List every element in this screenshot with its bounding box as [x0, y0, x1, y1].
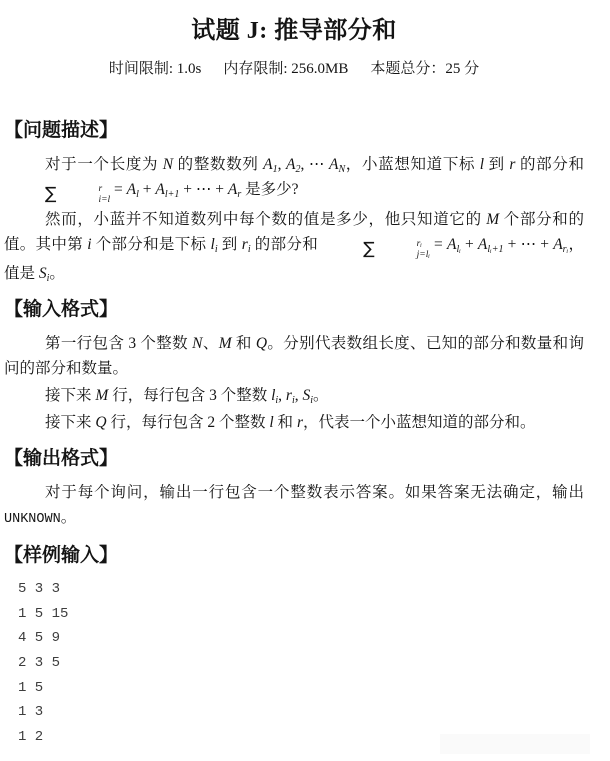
text-segment: 和	[232, 335, 256, 352]
text-segment: 是多少?	[241, 181, 298, 198]
summation-formula: ∑rᵢj=lᵢ	[322, 239, 430, 261]
text-segment: 个部分和是下标	[92, 236, 211, 253]
text-segment: 的部分和	[251, 236, 323, 253]
text-segment: + ⋯ +	[504, 236, 554, 253]
text-segment: M	[95, 387, 108, 404]
text-segment: + ⋯ +	[179, 181, 227, 198]
text-segment: 。	[49, 265, 65, 282]
text-segment: A	[155, 181, 164, 198]
text-segment: A	[127, 181, 136, 198]
text-segment: 的部分和	[515, 156, 584, 173]
text-segment: UNKNOWN	[4, 512, 61, 527]
sample-input-block: 5 3 3 1 5 15 4 5 9 2 3 5 1 5 1 3 1 2	[18, 577, 584, 750]
input-paragraph-2: 接下来 M 行，每行包含 3 个整数 li, ri, Si。	[4, 383, 584, 408]
text-segment: N	[192, 335, 202, 352]
text-segment: ，代表一个小蓝想知道的部分和。	[303, 414, 536, 431]
text-segment: 、	[203, 335, 219, 352]
problem-statement-page: 试题 J: 推导部分和 时间限制: 1.0s 内存限制: 256.0MB 本题总…	[0, 16, 610, 750]
text-segment: Q	[95, 414, 106, 431]
text-segment: lᵢ+1	[487, 244, 503, 255]
text-segment: 行，每行包含 2 个整数	[107, 414, 270, 431]
memory-limit-text: 内存限制: 256.0MB	[223, 59, 348, 79]
text-segment: ，小蓝想知道下标	[345, 156, 480, 173]
output-paragraph-1: 对于每个询问，输出一行包含一个整数表示答案。如果答案无法确定，输出 UNKNOW…	[4, 480, 584, 532]
text-segment: =	[110, 181, 127, 198]
text-segment: A	[478, 236, 487, 253]
text-segment: 。	[61, 509, 77, 526]
text-segment: 和	[274, 414, 297, 431]
text-segment: , ⋯	[300, 156, 328, 173]
sigma-symbol: ∑	[4, 186, 56, 203]
text-segment: 对于每个询问，输出一行包含一个整数表示答案。如果答案无法确定，输出	[45, 484, 584, 501]
text-segment: +	[461, 236, 478, 253]
text-segment: l+1	[165, 189, 180, 200]
problem-paragraph-2: 然而，小蓝并不知道数列中每个数的值是多少，他只知道它的 M 个部分和的值。其中第…	[4, 207, 584, 285]
input-paragraph-1: 第一行包含 3 个整数 N、M 和 Q。分别代表数组长度、已知的部分和数量和询问…	[4, 331, 584, 381]
meta-line: 时间限制: 1.0s 内存限制: 256.0MB 本题总分：25 分	[4, 59, 584, 79]
text-segment: 接下来	[45, 414, 95, 431]
text-segment: 第一行包含 3 个整数	[45, 335, 192, 352]
text-segment: S	[39, 265, 47, 282]
text-segment: ,	[278, 156, 286, 173]
problem-paragraph-1: 对于一个长度为 N 的整数数列 A1, A2, ⋯ AN，小蓝想知道下标 l 到…	[4, 152, 584, 205]
text-segment: A	[553, 236, 562, 253]
section-heading-output-format: 【输出格式】	[4, 447, 584, 471]
text-segment: Q	[256, 335, 267, 352]
text-segment: 接下来	[45, 387, 95, 404]
text-segment: 然而，小蓝并不知道数列中每个数的值是多少，他只知道它的	[45, 211, 486, 228]
text-segment: A	[228, 181, 237, 198]
text-segment: 行，每行包含 3 个整数	[108, 387, 271, 404]
text-segment: ,	[278, 387, 286, 404]
input-paragraph-3: 接下来 Q 行，每行包含 2 个整数 l 和 r，代表一个小蓝想知道的部分和。	[4, 410, 584, 435]
text-segment: 对于一个长度为	[45, 156, 163, 173]
time-limit-text: 时间限制: 1.0s	[109, 59, 202, 79]
section-heading-sample-input: 【样例输入】	[4, 544, 584, 568]
section-heading-problem-description: 【问题描述】	[4, 119, 584, 143]
bottom-right-overlay-artifact	[440, 734, 590, 754]
sigma-symbol: ∑	[322, 241, 374, 258]
total-score-text: 本题总分：25 分	[370, 59, 479, 79]
text-segment: A	[263, 156, 272, 173]
text-segment: M	[486, 211, 499, 228]
section-heading-input-format: 【输入格式】	[4, 298, 584, 322]
page-title: 试题 J: 推导部分和	[4, 16, 584, 46]
text-segment: 的整数数列	[173, 156, 263, 173]
text-segment: N	[163, 156, 173, 173]
text-segment: 。	[313, 387, 329, 404]
text-segment: M	[219, 335, 232, 352]
text-segment: 到	[218, 236, 242, 253]
text-segment: =	[430, 236, 447, 253]
text-segment: ,	[295, 387, 303, 404]
text-segment: 到	[484, 156, 509, 173]
summation-formula: ∑ri=l	[4, 184, 110, 206]
text-segment: +	[139, 181, 156, 198]
